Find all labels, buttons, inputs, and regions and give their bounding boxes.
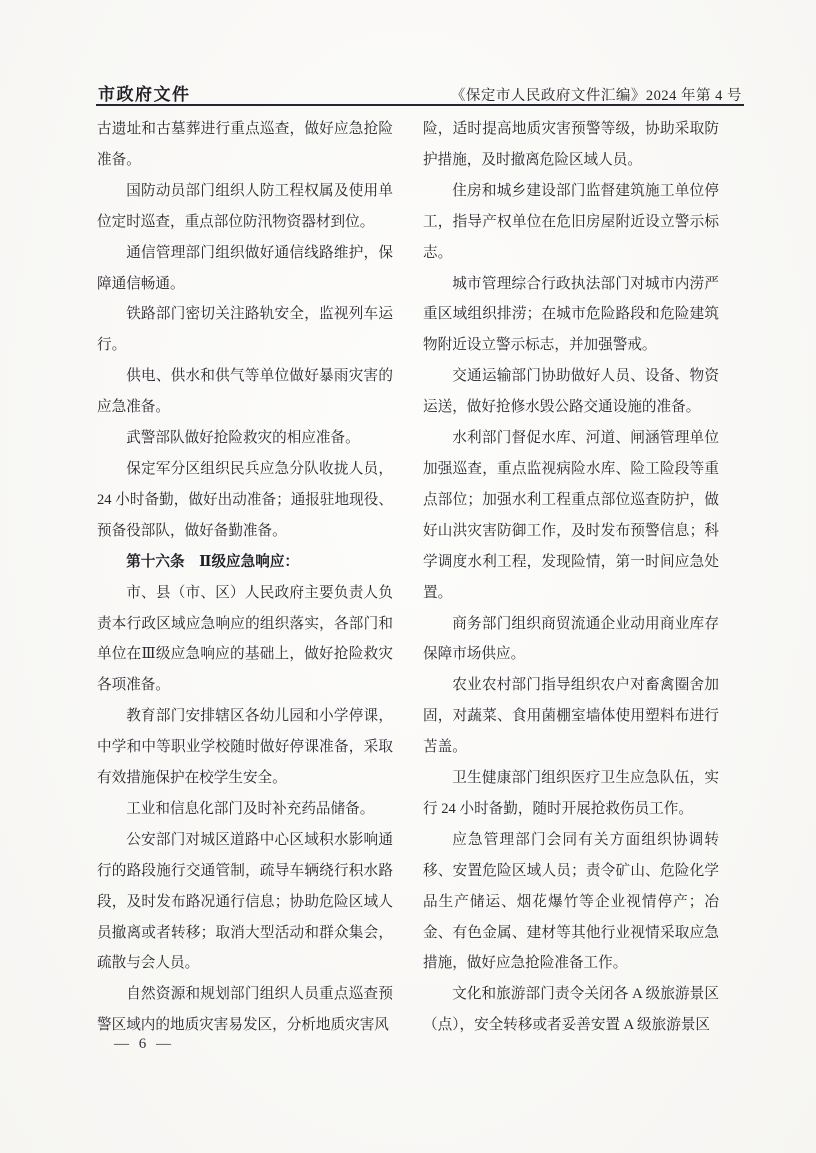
- paragraph: 第十六条 Ⅱ级应急响应：: [97, 547, 393, 578]
- paragraph: 城市管理综合行政执法部门对城市内涝严重区域组织排涝；在城市危险路段和危险建筑物附…: [423, 269, 719, 362]
- paragraph: 自然资源和规划部门组织人员重点巡查预警区域内的地质灾害易发区，分析地质灾害风: [97, 979, 393, 1041]
- text-column-right: 险，适时提高地质灾害预警等级，协助采取防护措施，及时撤离危险区域人员。住房和城乡…: [423, 114, 719, 1041]
- page-number: — 6 —: [114, 1036, 174, 1053]
- paragraph: 教育部门安排辖区各幼儿园和小学停课，中学和中等职业学校随时做好停课准备，采取有效…: [97, 701, 393, 794]
- body-columns: 古遗址和古墓葬进行重点巡查，做好应急抢险准备。国防动员部门组织人防工程权属及使用…: [97, 114, 719, 1041]
- paragraph: 险，适时提高地质灾害预警等级，协助采取防护措施，及时撤离危险区域人员。: [423, 114, 719, 176]
- paragraph: 国防动员部门组织人防工程权属及使用单位定时巡查，重点部位防汛物资器材到位。: [97, 176, 393, 238]
- header-section-title: 市政府文件: [98, 80, 191, 105]
- paragraph: 交通运输部门协助做好人员、设备、物资运送，做好抢修水毁公路交通设施的准备。: [423, 361, 719, 423]
- paragraph: 工业和信息化部门及时补充药品储备。: [97, 794, 393, 825]
- paragraph: 铁路部门密切关注路轨安全，监视列车运行。: [97, 299, 393, 361]
- paragraph: 古遗址和古墓葬进行重点巡查，做好应急抢险准备。: [97, 114, 393, 176]
- text-column-left: 古遗址和古墓葬进行重点巡查，做好应急抢险准备。国防动员部门组织人防工程权属及使用…: [97, 114, 393, 1041]
- paragraph: 商务部门组织商贸流通企业动用商业库存保障市场供应。: [423, 609, 719, 671]
- paragraph: 市、县（市、区）人民政府主要负责人负责本行政区域应急响应的组织落实，各部门和单位…: [97, 578, 393, 702]
- paragraph: 文化和旅游部门责令关闭各 A 级旅游景区（点），安全转移或者妥善安置 A 级旅游…: [423, 979, 719, 1041]
- paragraph: 通信管理部门组织做好通信线路维护，保障通信畅通。: [97, 238, 393, 300]
- paragraph: 住房和城乡建设部门监督建筑施工单位停工，指导产权单位在危旧房屋附近设立警示标志。: [423, 176, 719, 269]
- paragraph: 公安部门对城区道路中心区域积水影响通行的路段施行交通管制，疏导车辆绕行积水路段，…: [97, 825, 393, 980]
- paragraph: 应急管理部门会同有关方面组织协调转移、安置危险区域人员；责令矿山、危险化学品生产…: [423, 825, 719, 980]
- document-page: 市政府文件 《保定市人民政府文件汇编》2024 年第 4 号 古遗址和古墓葬进行…: [0, 0, 816, 1153]
- paragraph: 农业农村部门指导组织农户对畜禽圈舍加固，对蔬菜、食用菌棚室墙体使用塑料布进行苫盖…: [423, 670, 719, 763]
- paragraph: 供电、供水和供气等单位做好暴雨灾害的应急准备。: [97, 361, 393, 423]
- paragraph: 卫生健康部门组织医疗卫生应急队伍，实行 24 小时备勤，随时开展抢救伤员工作。: [423, 763, 719, 825]
- paragraph: 武警部队做好抢险救灾的相应准备。: [97, 423, 393, 454]
- paragraph: 保定军分区组织民兵应急分队收拢人员，24 小时备勤，做好出动准备；通报驻地现役、…: [97, 454, 393, 547]
- paragraph: 水利部门督促水库、河道、闸涵管理单位加强巡查，重点监视病险水库、险工险段等重点部…: [423, 423, 719, 608]
- header-compilation-title: 《保定市人民政府文件汇编》2024 年第 4 号: [451, 84, 742, 105]
- header-rule: [96, 104, 744, 106]
